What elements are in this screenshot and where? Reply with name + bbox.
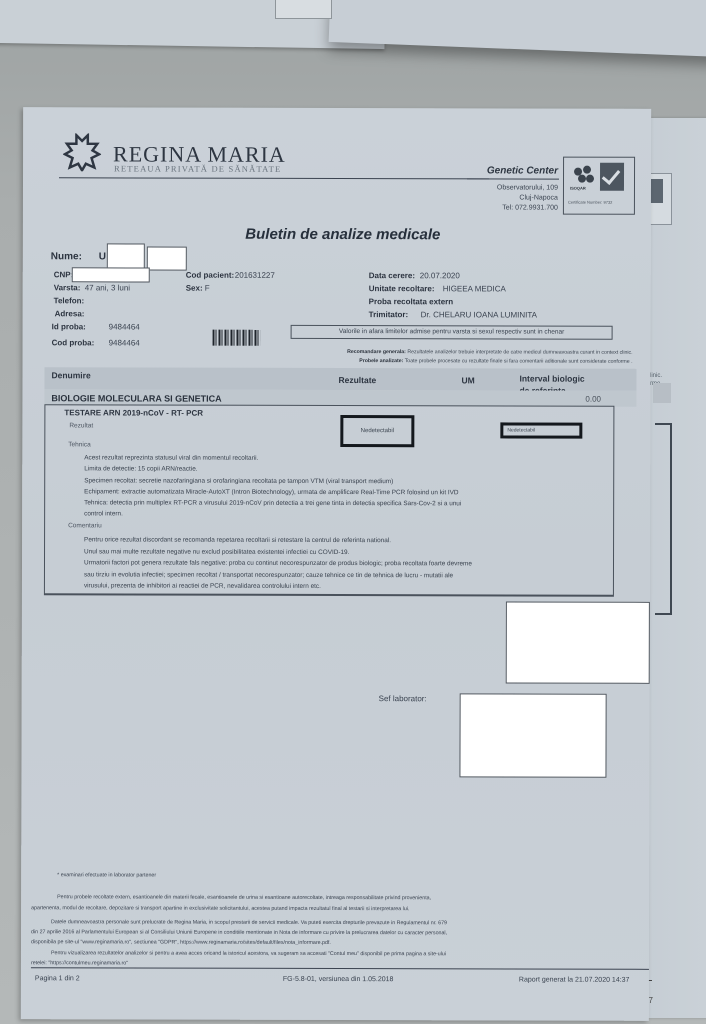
sex-label: Sex: [186,284,203,293]
gdpr-notice: Datele dumneavoastra personale sunt prel… [31,917,447,969]
background-paper-fold [275,0,332,19]
column-reference-interval-line1: Interval biologic [519,373,584,383]
patient-code-value: 201631227 [235,271,275,280]
collection-unit-label: Unitate recoltare: [369,284,435,293]
report-generated-timestamp: Raport generat la 21.07.2020 14:37 [519,976,630,983]
age-label: Varsta: [54,283,81,292]
analyzed-samples-text: Toate probele procesate cu rezultate fin… [405,358,633,365]
sex-value: F [205,284,210,293]
page-number: Pagina 1 din 2 [35,975,80,982]
section-title: BIOLOGIE MOLECULARA SI GENETICA [51,393,221,403]
analyzed-samples-label: Probele analizate: [359,358,403,364]
patient-code-label: Cod pacient: [186,271,234,280]
sample-code-label: Cod proba: [52,338,95,347]
address-label: Adresa: [55,309,85,318]
background-result-bracket [655,423,672,615]
center-name: Genetic Center [463,165,558,176]
name-value: U [99,251,106,262]
redacted-stamp [506,601,650,683]
sender-label: Trimitator: [369,310,409,319]
section-value: 0.00 [585,395,601,404]
sample-id-label: Id proba: [52,322,86,331]
address-city: Cluj-Napoca [453,193,558,203]
cnp-label: CNP: [54,270,74,279]
redacted-name-2 [147,247,187,271]
center-address: Observatorului, 109 Cluj-Napoca Tel: 072… [453,183,558,213]
comment-label: Comentariu [68,522,102,529]
background-edge-text: linic. [650,373,662,379]
result-label: Rezultat [69,422,93,429]
address-phone: Tel: 072.9931.700 [453,203,558,213]
reference-value-flagged: Nedetectabil [500,422,582,438]
redacted-cnp [72,267,150,282]
sample-code-value: 9484464 [109,338,140,347]
age-value: 47 ani, 3 luni [85,283,130,292]
general-recommendation-label: Recomandare generala: [347,349,406,355]
brand-subtitle: RETEAUA PRIVATĂ DE SĂNĂTATE [114,163,281,173]
technique-text: Acest rezultat reprezinta statusul viral… [84,452,461,521]
partner-lab-note: * examinari efectuate in laborator parte… [57,872,156,878]
name-label: Nume: [51,251,82,262]
column-results: Rezultate [338,375,376,385]
test-name: TESTARE ARN 2019-nCoV - RT- PCR [64,408,203,417]
background-paper-top-right [329,0,706,58]
document-title: Buletin de analize medicale [23,225,663,244]
lab-head-label: Sef laborator: [379,694,427,703]
sample-barcode [213,330,261,346]
background-grey-block [653,383,671,403]
comment-text: Pentru orice rezultat discordant se reco… [84,534,472,593]
certification-logos: ISOQAR Certificate Number: 9732 [563,157,635,215]
address-street: Observatorului, 109 [453,183,558,193]
sample-id-value: 9484464 [109,322,140,331]
footer-divider [31,967,649,970]
out-of-range-legend: Valorile in afara limitelor admise pentr… [291,325,613,340]
phone-label: Telefon: [54,296,85,305]
external-samples-disclaimer: Pentru probele recoltate extern, esantio… [31,892,431,915]
collection-unit-value: HIGEEA MEDICA [443,284,506,293]
result-value-flagged: Nedetectabil [340,415,414,447]
header-divider [59,177,489,179]
ukas-check-icon [600,163,624,191]
regina-maria-star-logo-icon [63,133,101,171]
isoqar-logo-icon: ISOQAR [572,166,594,192]
recommendations: Recomandare generala: Rezultatele analiz… [213,348,633,367]
form-version: FG-5.8-01, versiunea din 1.05.2018 [283,976,394,983]
technique-label: Tehnica [68,441,90,448]
redacted-signature [459,693,606,777]
request-date-label: Data cerere: [369,271,415,280]
request-date-value: 20.07.2020 [420,271,460,280]
column-name: Denumire [51,370,90,380]
external-sample-label: Proba recoltata extern [369,297,454,306]
column-unit: UM [461,375,474,385]
lab-report-page: REGINA MARIA RETEAUA PRIVATĂ DE SĂNĂTATE… [21,107,651,1021]
center-divider [467,178,559,179]
general-recommendation-text: Rezultatele analizelor trebuie interpret… [407,349,632,356]
certificate-number: Certificate Number: 9732 [568,200,612,205]
sender-value: Dr. CHELARU IOANA LUMINITA [421,310,537,319]
